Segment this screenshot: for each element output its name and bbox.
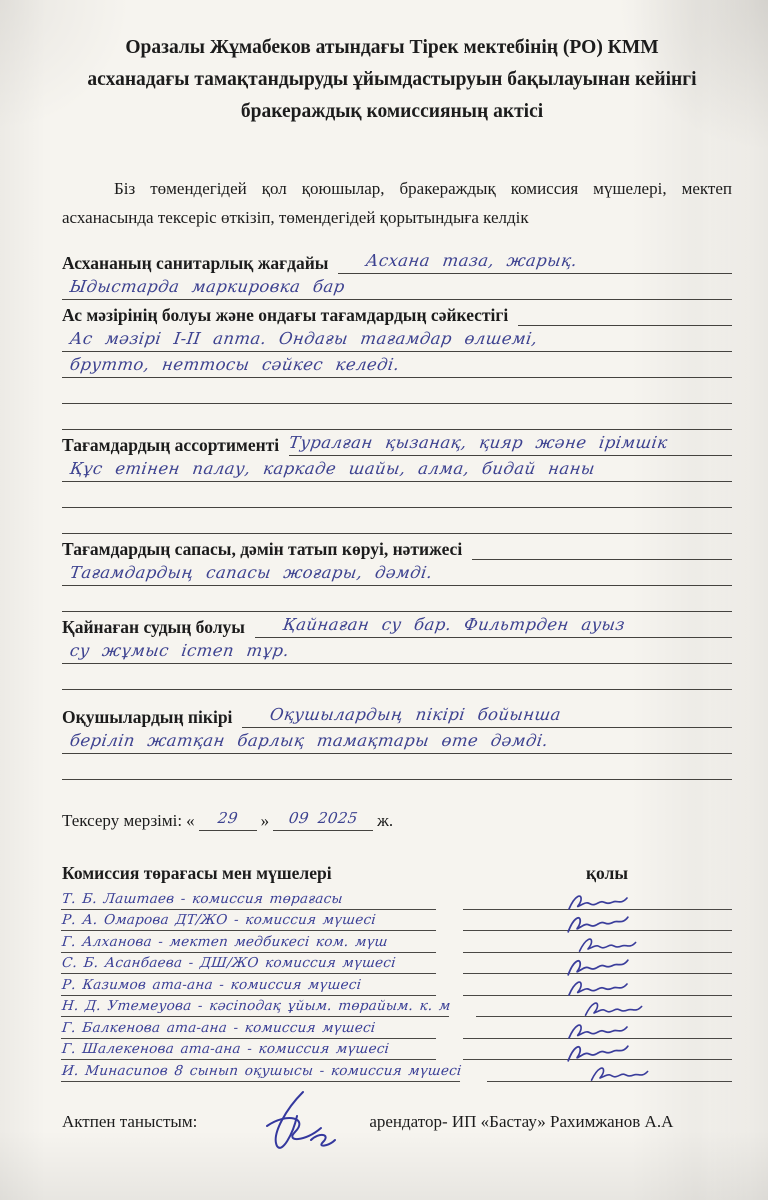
field-sanitary-label: Асхананың санитарлық жағдайы [62, 252, 338, 274]
ruled-line: Тағамдардың сапасы жоғары, дәмді. [62, 561, 732, 586]
member-signature-line [463, 909, 732, 932]
title-line-3: бракераждық комиссияның актісі [62, 96, 722, 128]
blank-ruled-line [62, 664, 732, 690]
member-name: С. Б. Асанбаева - ДШ/ЖО комиссия мүшесі [61, 954, 438, 974]
field-quality: Тағамдардың сапасы, дәмін татып көруі, н… [62, 534, 732, 560]
renter-signature-mark [257, 1090, 343, 1154]
member-name: Р. А. Омарова ДТ/ЖО - комиссия мүшесі [61, 911, 438, 931]
acknowledgment-label: Актпен таныстым: [62, 1112, 197, 1132]
member-name: Н. Д. Утемеуова - кәсіподақ ұйым. төрайы… [61, 997, 452, 1017]
blank-ruled-line [62, 586, 732, 612]
ruled-line [518, 325, 732, 326]
handwritten-opinion-2: беріліп жатқан барлық тамақтары өте дәмд… [68, 729, 549, 753]
field-opinion-value-2: беріліп жатқан барлық тамақтары өте дәмд… [62, 728, 732, 754]
handwritten-quality: Тағамдардың сапасы жоғары, дәмді. [68, 561, 434, 585]
scanned-document-page: Оразалы Жұмабеков атындағы Тірек мектебі… [0, 0, 768, 1200]
date-label: Тексеру мерзімі: [62, 811, 182, 831]
ruled-line [62, 611, 732, 612]
field-assortment-value-2: Құс етінен палау, каркаде шайы, алма, би… [62, 456, 732, 482]
commission-member-row: Н. Д. Утемеуова - кәсіподақ ұйым. төрайы… [62, 996, 732, 1018]
renter-name: арендатор- ИП «Бастау» Рахимжанов А.А [369, 1112, 673, 1132]
handwritten-menu-2: брутто, неттосы сәйкес келеді. [68, 353, 401, 377]
handwritten-water-1: Қайнаған су бар. Фильтрден ауыз [281, 613, 626, 637]
signature-mark [575, 935, 639, 956]
ruled-line [472, 559, 732, 560]
ruled-line [62, 779, 732, 780]
field-menu-value-2: брутто, неттосы сәйкес келеді. [62, 352, 732, 378]
ruled-line: Ыдыстарда маркировка бар [62, 275, 732, 300]
signature-mark [563, 955, 633, 979]
field-quality-value: Тағамдардың сапасы жоғары, дәмді. [62, 560, 732, 586]
handwritten-assortment-1: Туралған қызанақ, қияр және ірімшік [287, 431, 669, 455]
ruled-line: Ас мәзірі I-II апта. Ондағы тағамдар өлш… [62, 327, 732, 352]
ruled-line: Құс етінен палау, каркаде шайы, алма, би… [62, 457, 732, 482]
ruled-line: Оқушылардың пікірі бойынша [242, 703, 732, 728]
member-signature-line [463, 887, 732, 910]
commission-member-row: Р. Казимов ата-ана - комиссия мүшесі [62, 974, 732, 996]
member-name: И. Минасипов 8 сынып оқушысы - комиссия … [61, 1062, 463, 1082]
field-water-label: Қайнаған судың болуы [62, 616, 255, 638]
member-signature-line [463, 1038, 732, 1061]
signature-mark [563, 912, 633, 936]
handwritten-month-year: 09 2025 [287, 806, 359, 830]
signature-mark [587, 1064, 651, 1085]
handwritten-opinion-1: Оқушылардың пікірі бойынша [269, 703, 563, 727]
member-name: Г. Алханова - мектеп медбикесі ком. мүш [61, 933, 438, 953]
field-assortment-label: Тағамдардың ассортименті [62, 434, 289, 456]
field-opinion-label: Оқушылардың пікірі [62, 706, 242, 728]
field-quality-label: Тағамдардың сапасы, дәмін татып көруі, н… [62, 538, 472, 560]
ruled-line [62, 403, 732, 404]
handwritten-menu-1: Ас мәзірі I-II апта. Ондағы тағамдар өлш… [68, 327, 539, 351]
commission-member-row: Г. Алханова - мектеп медбикесі ком. мүш [62, 931, 732, 953]
quote-close: » [261, 811, 270, 831]
ruled-line: Қайнаған су бар. Фильтрден ауыз [255, 613, 732, 638]
ruled-line [62, 689, 732, 690]
commission-members-list: Т. Б. Лаштаев - комиссия төрағасы Р. А. … [62, 888, 732, 1082]
blank-ruled-line [62, 404, 732, 430]
handwritten-sanitary-2: Ыдыстарда маркировка бар [68, 275, 346, 299]
blank-ruled-line [62, 754, 732, 780]
date-day-slot: 29 [199, 806, 257, 831]
commission-member-row: Т. Б. Лаштаев - комиссия төрағасы [62, 888, 732, 910]
commission-heading-row: Комиссия төрағасы мен мүшелері қолы [62, 863, 732, 884]
ruled-line [62, 507, 732, 508]
member-name: Р. Казимов ата-ана - комиссия мүшесі [61, 976, 438, 996]
commission-heading: Комиссия төрағасы мен мүшелері [62, 863, 332, 884]
footer-acknowledgment-row: Актпен таныстым: арендатор- ИП «Бастау» … [62, 1090, 732, 1154]
handwritten-day: 29 [216, 806, 239, 830]
blank-ruled-line [62, 482, 732, 508]
title-line-2: асханадағы тамақтандыруды ұйымдастыруын … [62, 64, 722, 96]
blank-ruled-line [62, 378, 732, 404]
field-assortment: Тағамдардың ассортименті Туралған қызана… [62, 430, 732, 456]
date-month-year-slot: 09 2025 [273, 806, 373, 831]
intro-paragraph: Біз төмендегідей қол қоюшылар, бракеражд… [62, 174, 732, 232]
field-menu-value-1: Ас мәзірі I-II апта. Ондағы тағамдар өлш… [62, 326, 732, 352]
ruled-line: Туралған қызанақ, қияр және ірімшік [289, 431, 732, 456]
ruled-line [62, 429, 732, 430]
handwritten-sanitary-1: Асхана таза, жарық. [365, 249, 579, 273]
commission-member-row: И. Минасипов 8 сынып оқушысы - комиссия … [62, 1060, 732, 1082]
field-water-value-2: су жұмыс істеп тұр. [62, 638, 732, 664]
field-water: Қайнаған судың болуы Қайнаған су бар. Фи… [62, 612, 732, 638]
member-name: Г. Шалекенова ата-ана - комиссия мүшесі [61, 1040, 438, 1060]
ruled-line: Асхана таза, жарық. [338, 249, 732, 274]
date-suffix: ж. [377, 811, 393, 831]
signature-mark [582, 1000, 646, 1021]
ruled-line [62, 533, 732, 534]
commission-member-row: С. Б. Асанбаева - ДШ/ЖО комиссия мүшесі [62, 953, 732, 975]
field-menu: Ас мәзірінің болуы және ондағы тағамдард… [62, 300, 732, 326]
field-sanitary-state: Асхананың санитарлық жағдайы Асхана таза… [62, 248, 732, 274]
field-menu-label: Ас мәзірінің болуы және ондағы тағамдард… [62, 304, 518, 326]
inspection-date-line: Тексеру мерзімі: « 29 » 09 2025 ж. [62, 806, 732, 831]
ruled-line: брутто, неттосы сәйкес келеді. [62, 353, 732, 378]
document-title: Оразалы Жұмабеков атындағы Тірек мектебі… [62, 32, 722, 128]
handwritten-assortment-2: Құс етінен палау, каркаде шайы, алма, би… [68, 457, 596, 481]
field-opinion: Оқушылардың пікірі Оқушылардың пікірі бо… [62, 702, 732, 728]
quote-open: « [186, 811, 195, 831]
ruled-line: беріліп жатқан барлық тамақтары өте дәмд… [62, 729, 732, 754]
signature-mark [563, 1041, 633, 1065]
commission-member-row: Г. Шалекенова ата-ана - комиссия мүшесі [62, 1039, 732, 1061]
field-sanitary-continuation: Ыдыстарда маркировка бар [62, 274, 732, 300]
member-name: Т. Б. Лаштаев - комиссия төрағасы [61, 890, 438, 910]
blank-ruled-line [62, 508, 732, 534]
member-signature-line [476, 995, 732, 1018]
commission-member-row: Р. А. Омарова ДТ/ЖО - комиссия мүшесі [62, 910, 732, 932]
handwritten-water-2: су жұмыс істеп тұр. [68, 639, 290, 663]
ruled-line: су жұмыс істеп тұр. [62, 639, 732, 664]
title-line-1: Оразалы Жұмабеков атындағы Тірек мектебі… [62, 32, 722, 64]
member-name: Г. Балкенова ата-ана - комиссия мүшесі [61, 1019, 438, 1039]
signature-column-heading: қолы [482, 863, 732, 884]
